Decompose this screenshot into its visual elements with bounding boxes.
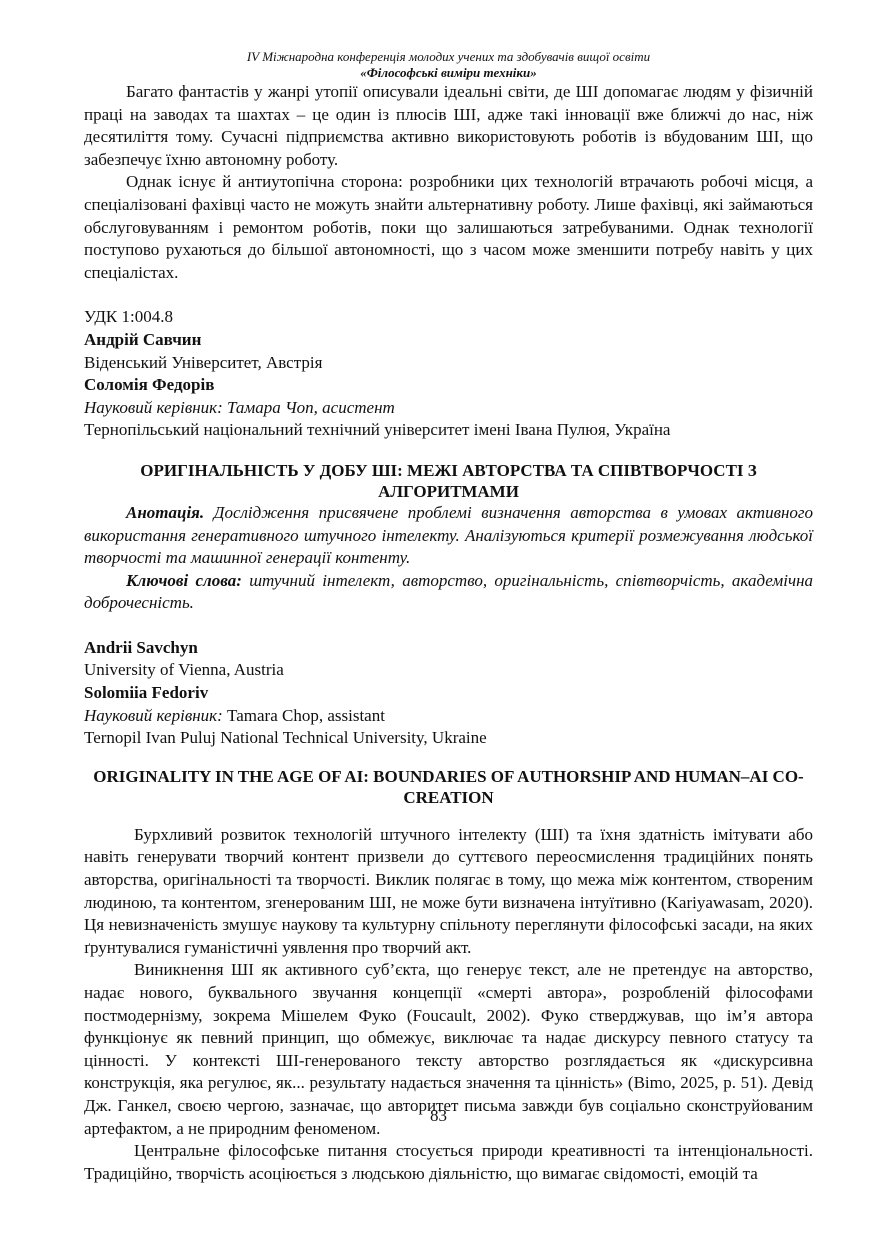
affiliation-1-uk: Віденський Університет, Австрія [84, 352, 813, 375]
page-number: 83 [0, 1106, 877, 1126]
conference-name: «Філософські виміри техніки» [84, 65, 813, 81]
affiliation-1-en: University of Vienna, Austria [84, 659, 813, 682]
abstract-label: Анотація. [126, 503, 204, 522]
abstract-uk: Анотація. Дослідження присвячене проблем… [84, 502, 813, 570]
author-2-uk: Соломія Федорів [84, 374, 813, 397]
affiliation-2-uk: Тернопільський національний технічний ун… [84, 419, 813, 442]
author-1-en: Andrii Savchyn [84, 637, 813, 660]
body-paragraph-1: Бурхливий розвиток технологій штучного і… [84, 824, 813, 960]
affiliation-2-en: Ternopil Ivan Puluj National Technical U… [84, 727, 813, 750]
keywords-label: Ключові слова: [126, 571, 242, 590]
udc-code: УДК 1:004.8 [84, 306, 813, 329]
prev-paragraph-2: Однак існує й антиутопічна сторона: розр… [84, 171, 813, 284]
supervisor-en: Науковий керівник: Tamara Chop, assistan… [84, 705, 813, 728]
document-page: IV Міжнародна конференція молодих учених… [84, 49, 813, 1185]
conference-header: IV Міжнародна конференція молодих учених… [84, 49, 813, 65]
supervisor-label: Науковий керівник: [84, 706, 223, 725]
prev-paragraph-1: Багато фантастів у жанрі утопії описувал… [84, 81, 813, 171]
title-uk: ОРИГІНАЛЬНІСТЬ У ДОБУ ШІ: МЕЖІ АВТОРСТВА… [84, 460, 813, 502]
keywords-uk: Ключові слова: штучний інтелект, авторст… [84, 570, 813, 615]
author-2-en: Solomiia Fedoriv [84, 682, 813, 705]
body-paragraph-3: Центральне філософське питання стосуєтьс… [84, 1140, 813, 1185]
supervisor-uk: Науковий керівник: Тамара Чоп, асистент [84, 397, 813, 420]
title-en: ORIGINALITY IN THE AGE OF AI: BOUNDARIES… [84, 766, 813, 808]
author-1-uk: Андрій Савчин [84, 329, 813, 352]
supervisor-name: Tamara Chop, assistant [227, 706, 385, 725]
